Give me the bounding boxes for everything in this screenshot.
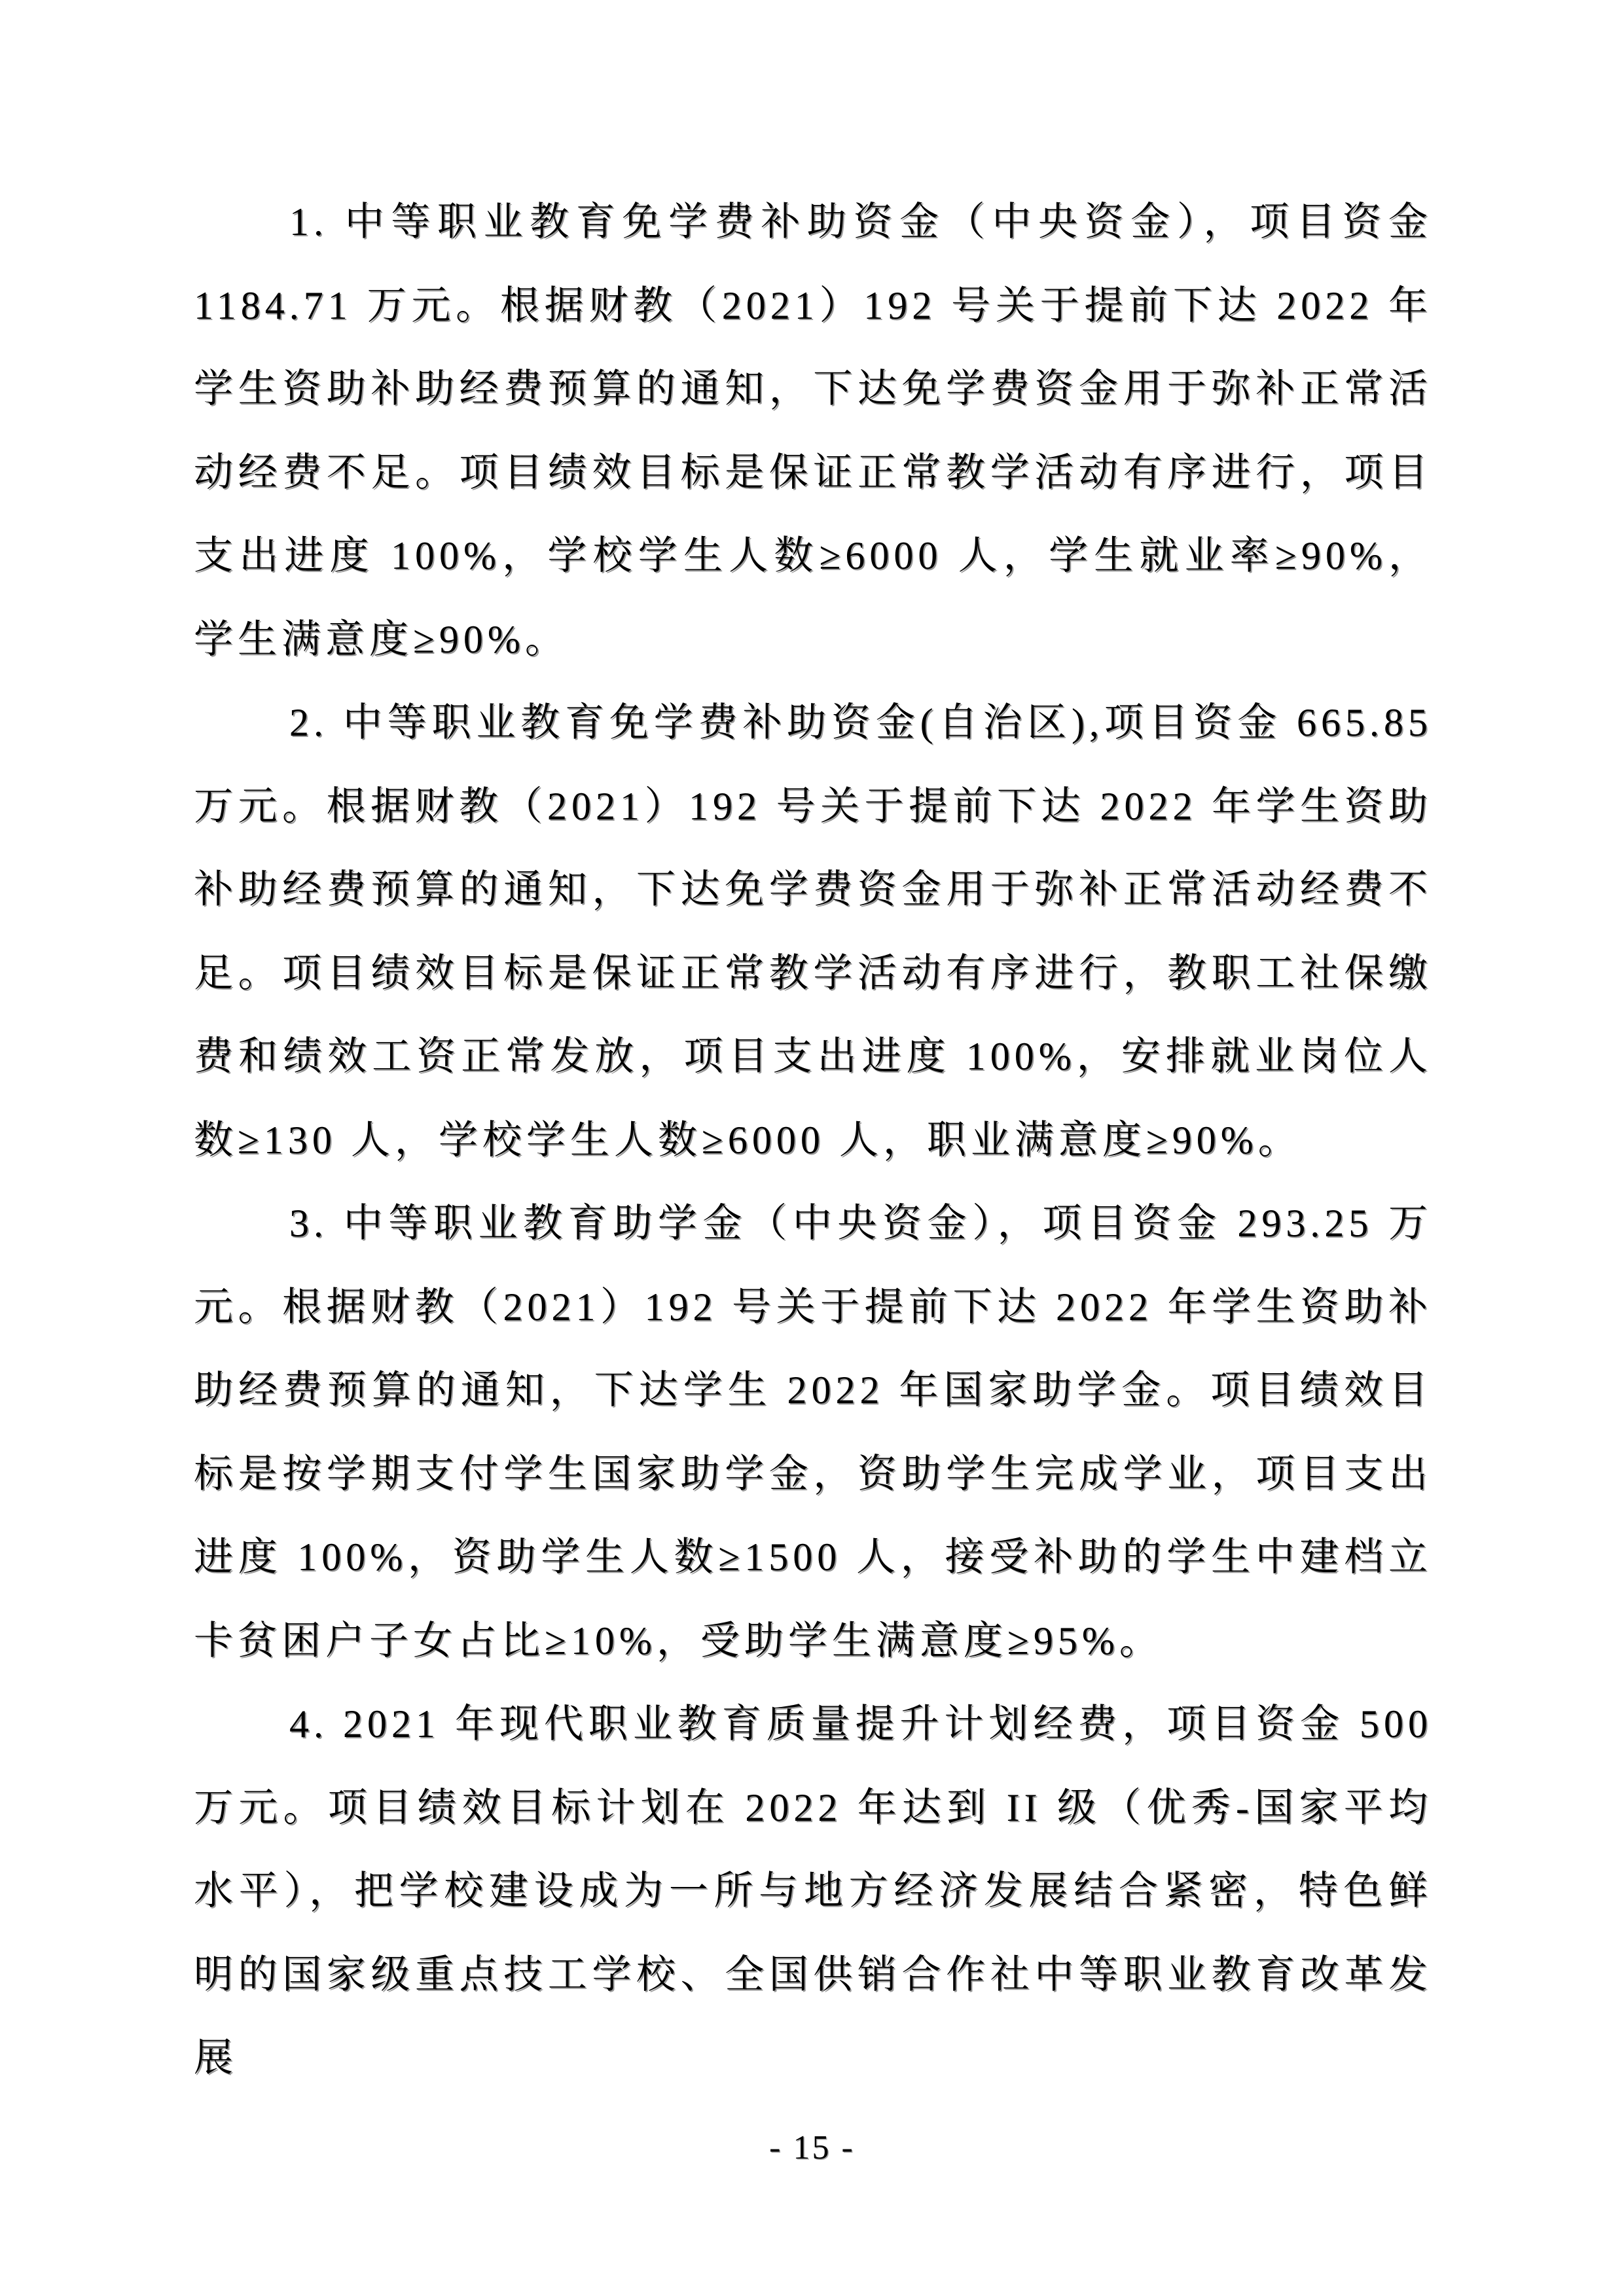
paragraph-2: 2. 中等职业教育免学费补助资金(自治区),项目资金 665.85 万元。根据财…	[194, 681, 1432, 1182]
paragraph-4: 4. 2021 年现代职业教育质量提升计划经费，项目资金 500 万元。项目绩效…	[194, 1683, 1432, 2100]
document-body: 1. 中等职业教育免学费补助资金（中央资金），项目资金 1184.71 万元。根…	[194, 181, 1432, 2100]
document-page: 1. 中等职业教育免学费补助资金（中央资金），项目资金 1184.71 万元。根…	[0, 0, 1624, 2296]
paragraph-3: 3. 中等职业教育助学金（中央资金），项目资金 293.25 万元。根据财教（2…	[194, 1182, 1432, 1683]
paragraph-1: 1. 中等职业教育免学费补助资金（中央资金），项目资金 1184.71 万元。根…	[194, 181, 1432, 681]
page-number: - 15 -	[0, 2128, 1624, 2167]
